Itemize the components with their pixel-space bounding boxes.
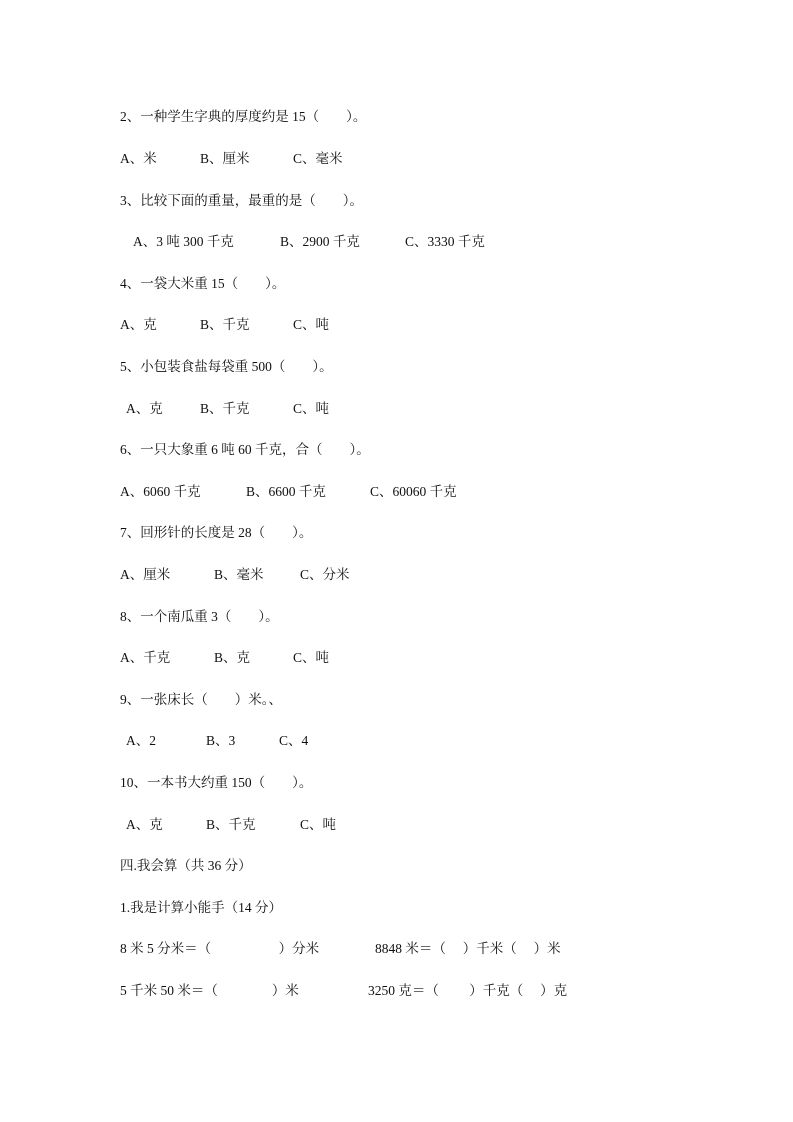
option-b: B、千克 (200, 400, 250, 418)
option-c: C、吨 (300, 816, 336, 834)
question-5-options: A、克 B、千克 C、吨 (126, 400, 526, 472)
option-a: A、克 (126, 816, 163, 834)
option-b: B、克 (214, 649, 250, 667)
question-10: 10、一本书大约重 150（ ）。 (120, 774, 312, 792)
option-a: A、米 (120, 150, 157, 168)
calc-item: 3250 克＝（ ）千克（ ）克 (368, 982, 567, 1000)
question-7-options: A、厘米 B、毫米 C、分米 (120, 566, 520, 638)
option-c: C、4 (279, 732, 308, 750)
question-10-options: A、克 B、千克 C、吨 (126, 816, 526, 888)
calc-item: 8 米 5 分米＝（ ）分米 (120, 940, 319, 958)
option-b: B、厘米 (200, 150, 250, 168)
option-c: C、60060 千克 (370, 483, 457, 501)
calc-item: 5 千米 50 米＝（ ）米 (120, 982, 299, 1000)
question-2: 2、一种学生字典的厚度约是 15（ ）。 (120, 108, 366, 126)
question-4-options: A、克 B、千克 C、吨 (120, 316, 520, 388)
question-9: 9、一张床长（ ）米。、 (120, 691, 282, 709)
question-8: 8、一个南瓜重 3（ ）。 (120, 608, 279, 626)
question-8-options: A、千克 B、克 C、吨 (120, 649, 520, 721)
option-c: C、吨 (293, 316, 329, 334)
option-c: C、毫米 (293, 150, 343, 168)
question-6: 6、一只大象重 6 吨 60 千克，合（ ）。 (120, 441, 370, 459)
calc-row-2: 5 千米 50 米＝（ ）米 3250 克＝（ ）千克（ ）克 (120, 982, 620, 1036)
option-c: C、分米 (300, 566, 350, 584)
question-3: 3、比较下面的重量，最重的是（ ）。 (120, 192, 363, 210)
question-5: 5、小包装食盐每袋重 500（ ）。 (120, 358, 333, 376)
option-c: C、吨 (293, 649, 329, 667)
question-9-options: A、2 B、3 C、4 (126, 732, 526, 804)
option-b: B、2900 千克 (280, 233, 360, 251)
section-4-1-heading: 1.我是计算小能手（14 分） (120, 899, 282, 917)
question-3-options: A、3 吨 300 千克 B、2900 千克 C、3330 千克 (133, 233, 533, 305)
question-7: 7、回形针的长度是 28（ ）。 (120, 524, 312, 542)
option-c: C、3330 千克 (405, 233, 485, 251)
option-a: A、厘米 (120, 566, 170, 584)
calc-item: 8848 米＝（ ）千米（ ）米 (375, 940, 561, 958)
question-4: 4、一袋大米重 15（ ）。 (120, 275, 285, 293)
option-a: A、克 (126, 400, 163, 418)
question-6-options: A、6060 千克 B、6600 千克 C、60060 千克 (120, 483, 520, 555)
question-2-options: A、米 B、厘米 C、毫米 (120, 150, 520, 222)
option-c: C、吨 (293, 400, 329, 418)
option-a: A、克 (120, 316, 157, 334)
option-b: B、毫米 (214, 566, 264, 584)
option-b: B、6600 千克 (246, 483, 326, 501)
option-a: A、2 (126, 732, 156, 750)
option-a: A、千克 (120, 649, 170, 667)
option-b: B、千克 (200, 316, 250, 334)
option-b: B、3 (206, 732, 235, 750)
option-a: A、3 吨 300 千克 (133, 233, 234, 251)
option-b: B、千克 (206, 816, 256, 834)
option-a: A、6060 千克 (120, 483, 201, 501)
section-4-heading: 四.我会算（共 36 分） (120, 857, 252, 875)
